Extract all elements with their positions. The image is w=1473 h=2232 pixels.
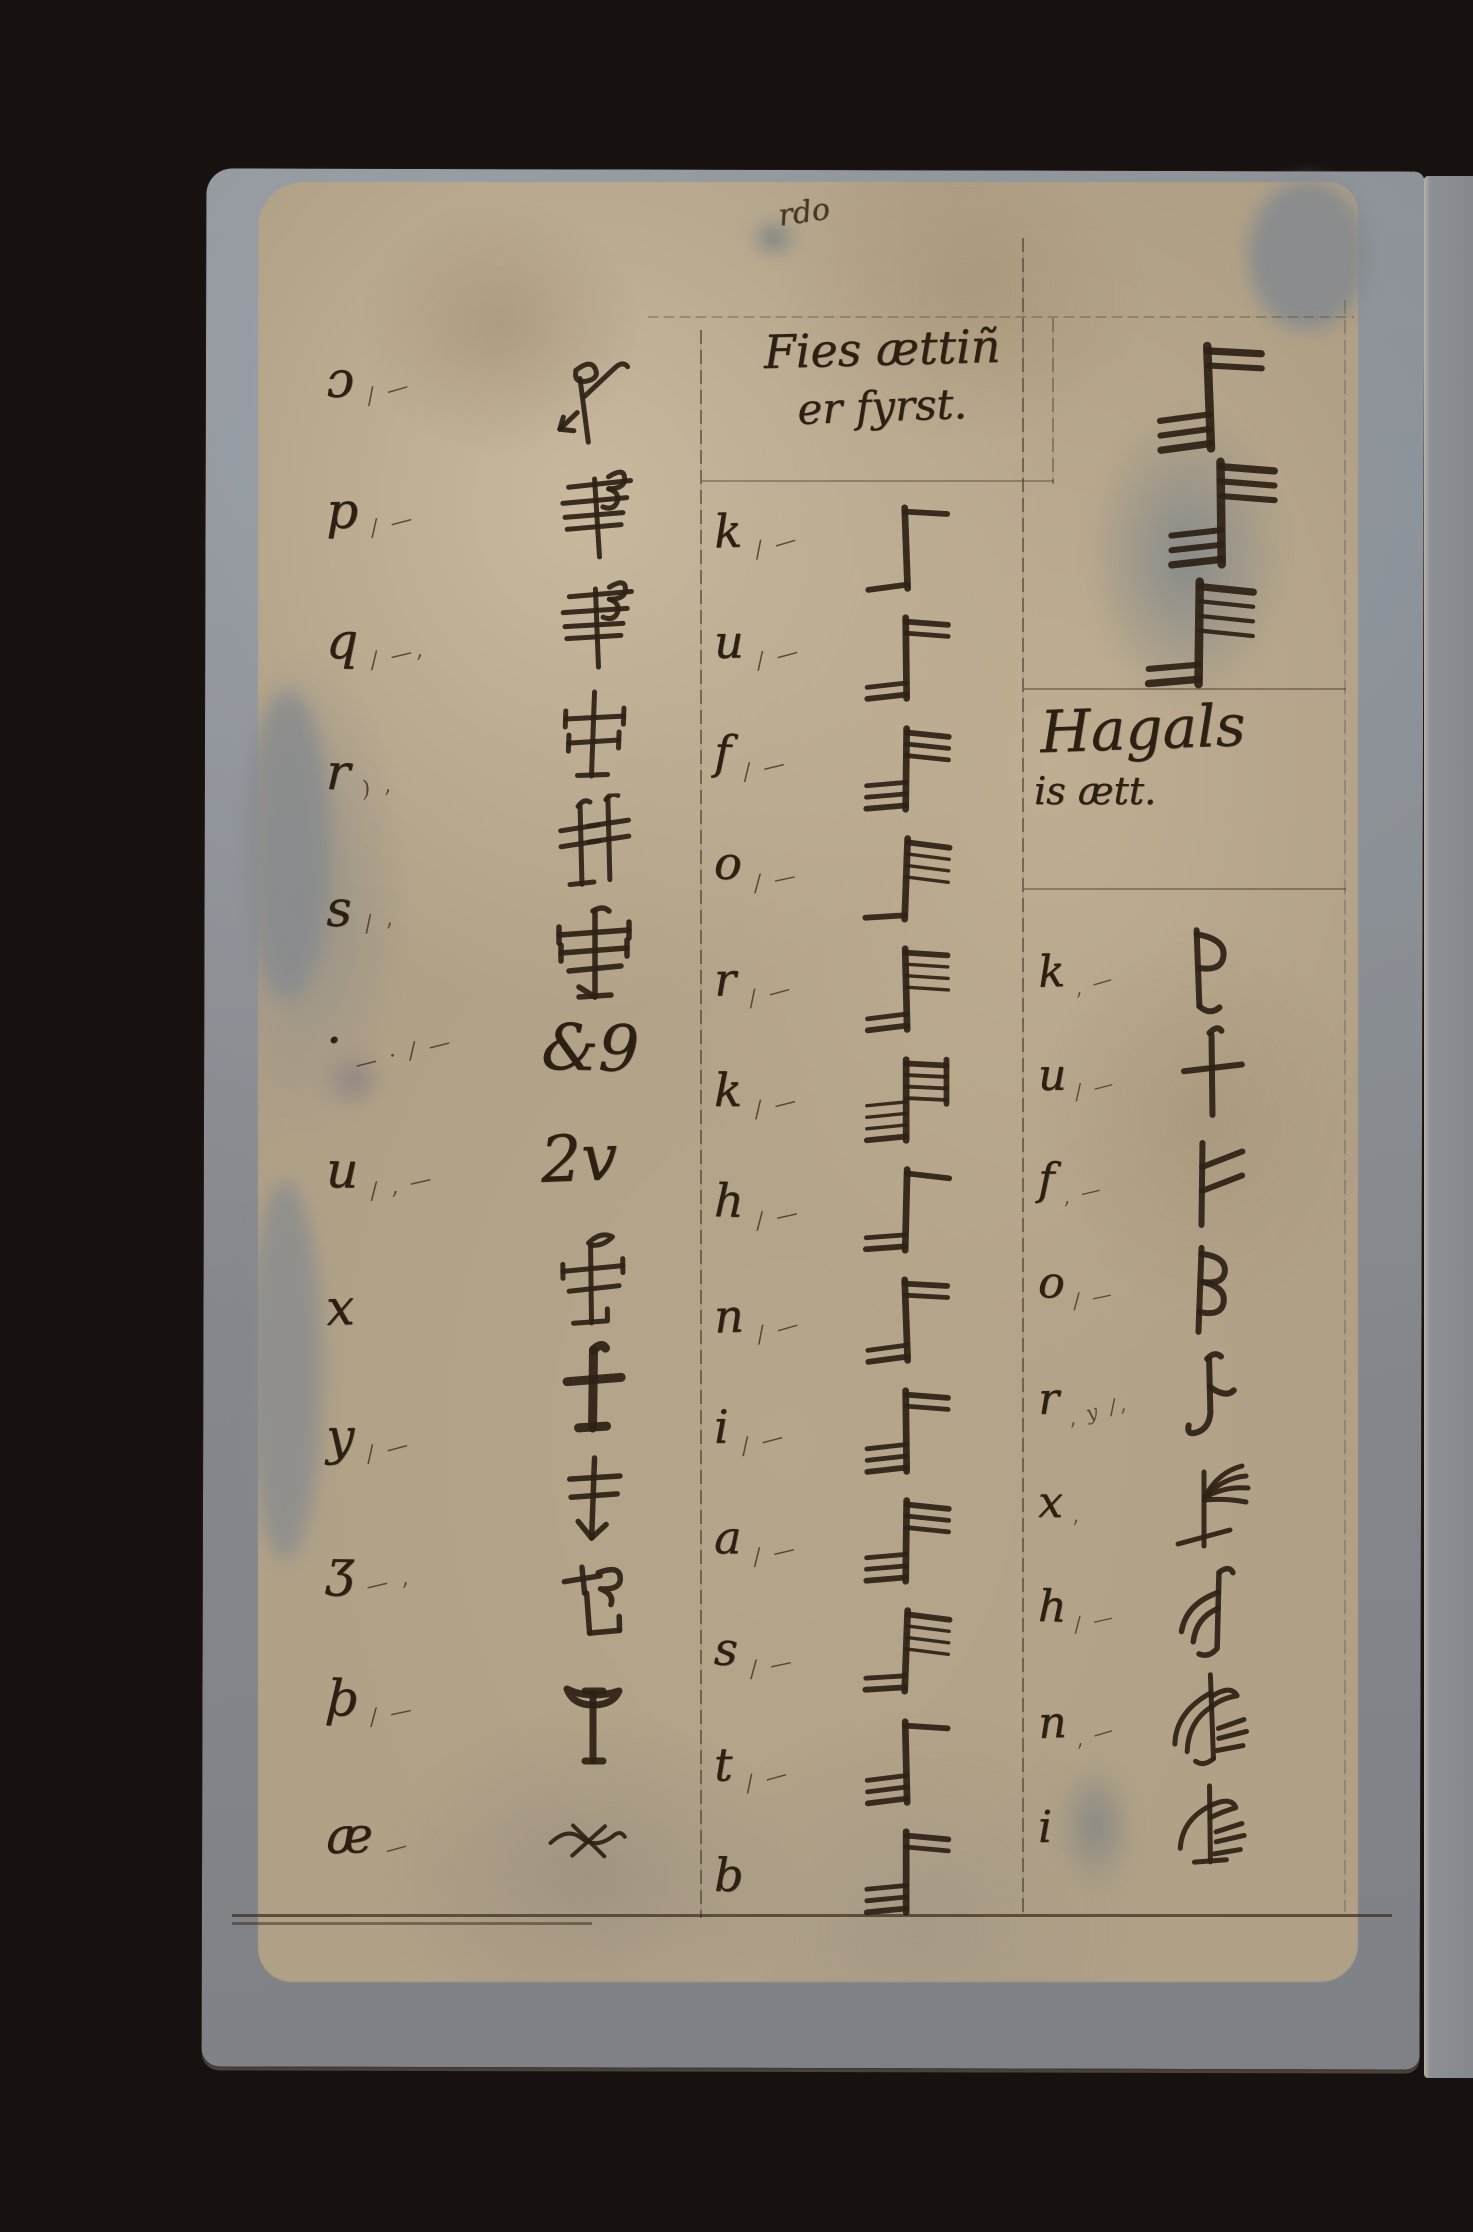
twig-rune-glyph xyxy=(861,720,958,817)
twig-rune-glyph xyxy=(860,1271,959,1370)
twig-rune xyxy=(1163,451,1288,575)
column-rule xyxy=(1022,238,1024,1914)
pen-mark: / — xyxy=(741,751,791,786)
twig-rune xyxy=(860,498,959,597)
bind-rune-sigil xyxy=(540,465,645,566)
letter-row: u / — xyxy=(714,617,861,670)
latin-letter: b xyxy=(714,1852,743,1898)
latin-letter: f xyxy=(1038,1157,1055,1201)
twig-rune-glyph xyxy=(861,1161,959,1259)
rune-variant xyxy=(1157,1132,1262,1233)
rune-variant xyxy=(1157,1025,1262,1126)
rune-variant-glyph xyxy=(1156,1238,1264,1342)
bind-rune-sigil xyxy=(540,1558,646,1661)
twig-rune xyxy=(1141,571,1266,695)
letter-row: n / — xyxy=(713,1288,861,1344)
sigil-glyph xyxy=(540,465,645,566)
sigil-glyph: &9 xyxy=(541,1054,639,1075)
latin-letter: ʒ xyxy=(326,1543,355,1593)
twig-rune xyxy=(1150,334,1278,460)
hagals-rows: k , — u / — f , — xyxy=(1038,918,1368,1876)
sigil-column: &9 2v xyxy=(488,356,698,1878)
rune-variant-glyph xyxy=(1157,1775,1262,1876)
heading-line-2: er fyrst. xyxy=(711,380,1052,434)
latin-letter: æ xyxy=(325,1810,373,1861)
heading-line-1: Fies ættiñ xyxy=(711,322,1052,377)
pen-mark: / — xyxy=(754,1312,805,1349)
pen-mark: / , xyxy=(361,905,397,937)
bind-rune-sigil xyxy=(539,354,647,458)
latin-letter: i xyxy=(714,1404,729,1450)
twig-rune-glyph xyxy=(862,1824,958,1920)
hagals-row: f , — xyxy=(1037,1130,1368,1234)
bind-rune-sigil: &9 xyxy=(540,1011,646,1114)
pen-mark: / — xyxy=(747,1649,797,1683)
pen-mark: / — xyxy=(751,864,801,898)
pen-mark: , — xyxy=(1072,1716,1119,1751)
latin-letter: o xyxy=(1037,1261,1065,1306)
hagals-row: i xyxy=(1037,1774,1368,1878)
rune-variant xyxy=(1158,1454,1262,1554)
letter-cell: r , y /, xyxy=(1037,1375,1158,1424)
latin-letter: þ xyxy=(325,1673,359,1724)
hagals-box-bottom-rule xyxy=(1024,888,1346,890)
latin-letter: p xyxy=(326,485,359,535)
latin-letter: f xyxy=(714,729,732,775)
pen-mark: / — xyxy=(1072,1604,1118,1637)
latin-letter: u xyxy=(714,619,744,665)
twig-rune xyxy=(861,1161,959,1259)
fragment-gap xyxy=(248,1180,322,1560)
latin-letter: y xyxy=(326,1412,355,1462)
rune-variant-glyph xyxy=(1157,1560,1263,1663)
letter-row: ɔ / — xyxy=(325,349,497,406)
letter-row: i / — xyxy=(714,1402,861,1455)
pen-mark: , — xyxy=(1071,966,1118,1001)
pen-mark: — · / — xyxy=(352,1029,455,1078)
letter-cell: x , xyxy=(1038,1481,1158,1527)
letter-row: y / — xyxy=(326,1410,497,1463)
left-letter-column: ɔ / — p / — q / —, r ) , s / , · — · / —… xyxy=(326,352,496,1860)
twig-rune xyxy=(861,940,959,1038)
letter-cell: n , — xyxy=(1037,1697,1159,1747)
hagals-row: u / — xyxy=(1037,1023,1368,1127)
hagals-line-2: is ætt. xyxy=(1034,772,1340,810)
twig-rune xyxy=(860,1602,959,1701)
sigil-glyph xyxy=(539,1448,647,1552)
twig-rune-glyph xyxy=(861,1492,958,1589)
sigil-glyph xyxy=(540,1777,646,1880)
adjacent-page-edge xyxy=(1424,176,1473,2078)
twig-rune-glyph xyxy=(861,1712,959,1810)
rune-variant-glyph xyxy=(1157,1346,1263,1449)
latin-letter: u xyxy=(325,1145,358,1196)
futhork-letter-column: k / — u / — f / — o / — r / — k / — h / … xyxy=(714,506,860,1898)
letter-row: k / — xyxy=(713,503,861,559)
twig-rune xyxy=(861,610,958,707)
letter-row: q / —, xyxy=(326,616,497,669)
fragment-gap xyxy=(1248,180,1368,330)
twig-rune-glyph xyxy=(861,610,958,707)
latin-letter: x xyxy=(1038,1481,1063,1525)
letter-cell: f , — xyxy=(1038,1157,1159,1204)
letter-row: r / — xyxy=(713,953,860,1008)
sigil-glyph xyxy=(541,903,645,1003)
letter-row: b xyxy=(714,1852,860,1898)
twig-rune xyxy=(861,1492,958,1589)
hagals-row: o / — xyxy=(1036,1234,1369,1346)
pen-mark: / — xyxy=(742,1761,792,1797)
latin-letter: h xyxy=(1038,1584,1067,1629)
letter-row: k / — xyxy=(714,1067,860,1118)
pen-mark: , xyxy=(1068,1502,1083,1528)
pen-mark: — , xyxy=(364,1565,414,1600)
twig-rune xyxy=(860,829,959,928)
letter-cell: u / — xyxy=(1038,1053,1159,1100)
bind-rune-sigil xyxy=(540,1340,645,1441)
letter-row: x xyxy=(325,1277,497,1333)
pen-mark: / — xyxy=(367,1697,417,1731)
twig-rune-glyph xyxy=(861,940,959,1038)
pen-mark: , y /, xyxy=(1065,1391,1131,1430)
pen-mark: / — xyxy=(1070,1281,1116,1313)
bottom-rule xyxy=(232,1914,1392,1917)
pen-mark: — xyxy=(382,1832,413,1863)
bind-rune-sigil xyxy=(540,1230,645,1331)
rune-variant xyxy=(1157,1775,1262,1876)
pen-mark: / — xyxy=(364,1432,414,1468)
latin-letter: s xyxy=(713,1625,738,1672)
sigil-glyph xyxy=(540,574,645,675)
pen-mark: / — xyxy=(364,373,415,410)
letter-row: s / , xyxy=(325,880,496,935)
latin-letter: r xyxy=(325,746,351,797)
column-rule xyxy=(700,330,702,1918)
twig-rune xyxy=(861,1712,959,1810)
heading-box-top-rule xyxy=(648,316,1354,318)
letter-row: t / — xyxy=(713,1738,860,1793)
letter-cell: h / — xyxy=(1037,1584,1158,1633)
rune-variant-glyph xyxy=(1156,1667,1264,1771)
pen-mark: / — xyxy=(753,639,803,675)
pen-mark: / — xyxy=(746,975,796,1011)
twig-rune xyxy=(862,1824,958,1920)
letter-row: · — · / — xyxy=(326,1015,496,1066)
twig-rune xyxy=(862,1052,958,1148)
letter-row: h / — xyxy=(713,1177,860,1232)
bind-rune-sigil xyxy=(541,903,645,1003)
letter-row: r ) , xyxy=(325,746,497,803)
pen-mark: / — xyxy=(752,1088,802,1123)
sigil-glyph xyxy=(539,682,647,786)
twig-rune-glyph xyxy=(860,498,959,597)
manuscript-photo: rdo Fies ættiñ er fyrst. Hagals is ætt. … xyxy=(0,0,1473,2232)
sigil-glyph: 2v xyxy=(541,1164,619,1186)
rune-variant-glyph xyxy=(1158,1454,1262,1554)
bind-rune-sigil xyxy=(539,682,647,786)
pen-mark: / —, xyxy=(368,637,428,674)
hagals-row: k , — xyxy=(1036,912,1369,1024)
letter-cell: k , — xyxy=(1037,947,1159,997)
sigil-glyph xyxy=(540,1340,645,1441)
pen-mark: / — xyxy=(738,1424,788,1460)
latin-letter: · xyxy=(326,1015,342,1065)
pen-mark: / — xyxy=(368,505,418,541)
twig-rune-glyph xyxy=(862,1052,958,1148)
sigil-glyph xyxy=(541,1669,645,1769)
letter-row: þ / — xyxy=(325,1673,497,1730)
bind-rune-sigil xyxy=(540,574,645,675)
twig-rune-glyph xyxy=(861,1382,958,1479)
letter-row: f / — xyxy=(714,729,861,782)
latin-letter: n xyxy=(713,1293,744,1340)
rune-variant xyxy=(1157,1560,1263,1663)
rune-variant-glyph xyxy=(1157,1132,1262,1233)
latin-letter: s xyxy=(325,884,352,935)
pen-mark: / — xyxy=(1072,1071,1119,1105)
rune-variant xyxy=(1156,1667,1264,1771)
sigil-glyph xyxy=(540,792,646,895)
hagals-row: h / — xyxy=(1037,1557,1369,1665)
rune-variant xyxy=(1156,1238,1264,1342)
latin-letter: i xyxy=(1038,1806,1053,1850)
heading-box-rule xyxy=(1052,318,1054,484)
letter-row: s / — xyxy=(713,1625,861,1681)
latin-letter: x xyxy=(325,1282,355,1333)
latin-letter: k xyxy=(713,508,743,555)
bind-rune-sigil: 2v xyxy=(539,1120,647,1224)
letter-row: æ — xyxy=(325,1807,496,1862)
rune-variant-glyph xyxy=(1156,916,1264,1020)
rune-variant xyxy=(1157,1346,1263,1449)
latin-letter: u xyxy=(1038,1054,1067,1098)
letter-row: p / — xyxy=(326,483,497,536)
sigil-glyph xyxy=(540,1230,645,1331)
heading-box-bottom-rule xyxy=(702,480,1054,482)
pen-mark: , — xyxy=(1060,1176,1106,1209)
fes-aett-heading: Fies ættiñ er fyrst. xyxy=(712,326,1052,428)
twig-rune xyxy=(861,720,958,817)
twig-rune-glyph xyxy=(860,1602,959,1701)
pen-mark: / — xyxy=(751,1536,801,1571)
pen-mark: ) , xyxy=(359,771,395,802)
latin-letter: r xyxy=(1037,1378,1059,1423)
letter-row: o / — xyxy=(713,840,861,896)
pen-mark: / — xyxy=(753,1200,803,1234)
latin-letter: k xyxy=(1037,950,1065,995)
bind-rune-sigil xyxy=(540,792,646,895)
hagals-line-1: Hagals xyxy=(1039,693,1341,761)
twig-rune xyxy=(860,1271,959,1370)
latin-letter: n xyxy=(1037,1701,1067,1746)
fragment-gap xyxy=(246,690,330,1000)
bind-rune-sigil xyxy=(540,1777,646,1880)
hagals-row: n , — xyxy=(1036,1663,1369,1775)
twig-rune-column xyxy=(862,500,1022,1920)
faint-scribble: rdo xyxy=(776,195,831,232)
twig-rune xyxy=(861,1382,958,1479)
latin-letter: a xyxy=(714,1515,742,1561)
bind-rune-sigil xyxy=(539,1448,647,1552)
sigil-glyph xyxy=(539,354,647,458)
latin-letter: h xyxy=(714,1177,745,1224)
rune-variant xyxy=(1156,916,1264,1020)
twig-rune-glyph xyxy=(860,829,959,928)
bottom-rule-double xyxy=(232,1922,592,1925)
pen-mark: / , — xyxy=(368,1166,437,1205)
sigil-glyph xyxy=(540,1558,646,1661)
hagals-aett-heading: Hagals is ætt. xyxy=(1040,698,1340,810)
latin-letter: ɔ xyxy=(325,354,355,405)
latin-letter: o xyxy=(713,840,742,887)
letter-row: u / , — xyxy=(325,1145,496,1200)
bind-rune-sigil xyxy=(541,1669,645,1769)
rune-variant-glyph xyxy=(1157,1025,1262,1126)
latin-letter: k xyxy=(714,1067,742,1113)
letter-row: a / — xyxy=(714,1515,861,1568)
hagals-row: r , y /, xyxy=(1037,1343,1369,1451)
latin-letter: r xyxy=(713,956,736,1003)
pen-mark: / — xyxy=(752,527,803,564)
latin-letter: q xyxy=(326,616,359,666)
letter-cell: o / — xyxy=(1037,1261,1159,1311)
letter-cell: i xyxy=(1038,1805,1159,1850)
letter-row: ʒ — , xyxy=(326,1543,497,1596)
hagals-row: x , xyxy=(1038,1454,1368,1554)
latin-letter: t xyxy=(713,1741,733,1787)
